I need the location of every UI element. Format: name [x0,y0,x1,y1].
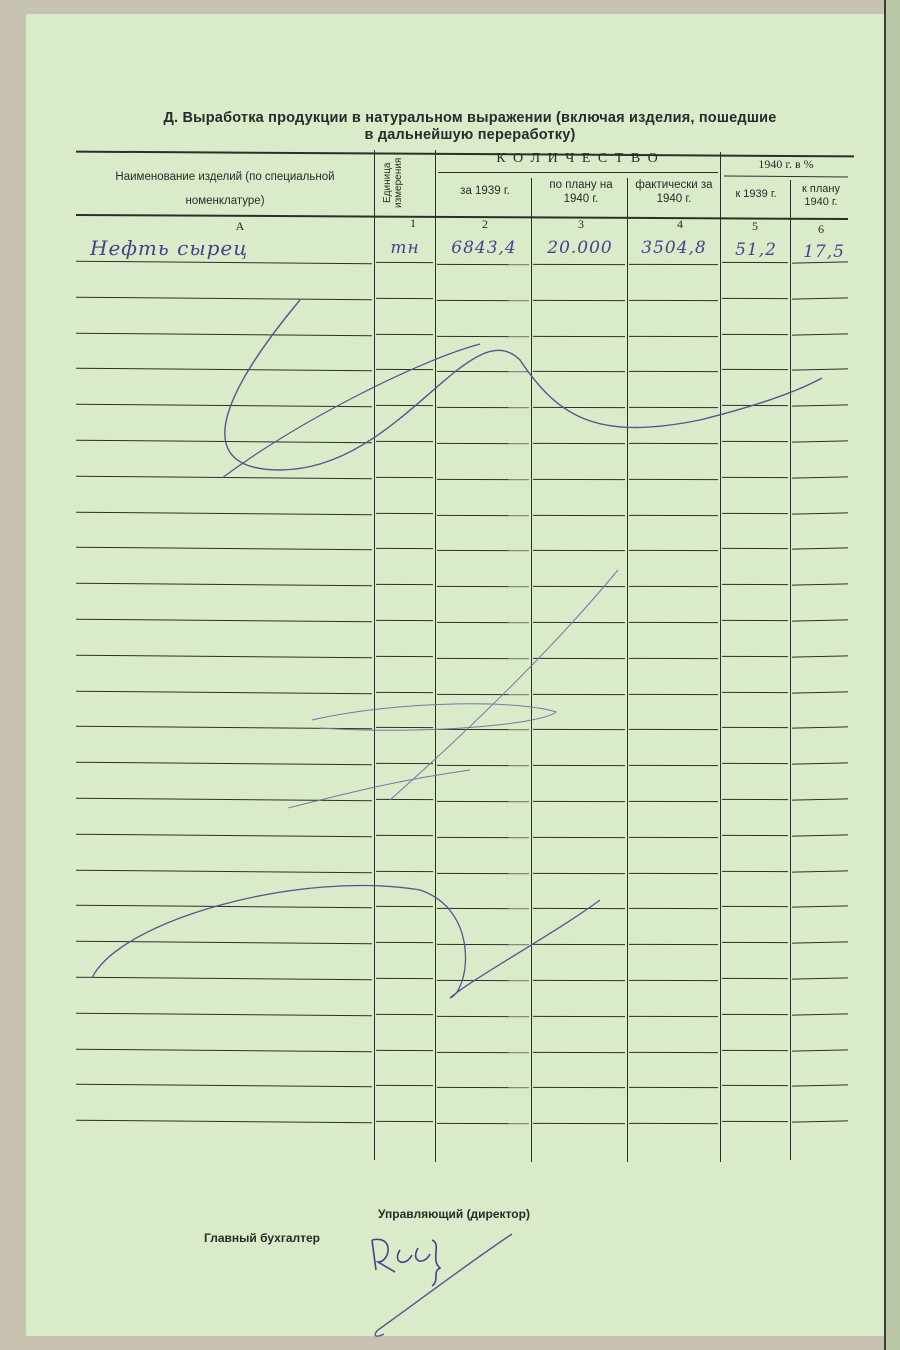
col-rule-unit [374,150,375,1160]
col-rule-pctplan [790,180,791,1160]
header-name: Наименование изделий (по специальной ном… [90,165,360,213]
col-rule-plan [531,178,532,1162]
row-rule [629,514,718,515]
form-title-line-2: в дальнейшую переработку) [90,127,850,144]
row-rule [722,441,788,442]
row-rule [722,1014,788,1015]
row-rule [722,477,788,478]
row-rule [376,656,433,657]
row-rule [722,333,788,334]
row-rule [629,479,718,480]
row-rule [629,1016,718,1017]
col-index-1: 1 [398,216,428,231]
col-index-6: 6 [806,222,836,237]
row-rule [437,837,529,838]
row-rule [376,799,433,800]
row-rule [437,300,529,301]
cell-plan-1940: 20.000 [534,238,626,258]
row-rule [722,656,788,657]
director-label: Управляющий (директор) [378,1207,530,1221]
header-plan-1940: по плану на 1940 г. [537,178,625,206]
row-rule [376,978,433,979]
quantity-subheader-rule [438,172,718,173]
row-rule [376,262,433,263]
row-rule [533,514,625,515]
row-rule [376,477,433,478]
row-rule [533,693,625,694]
header-percent-group: 1940 г. в % [724,157,848,171]
row-rule [376,620,433,621]
row-rule [533,300,625,301]
header-quantity-group: К О Л И Ч Е С Т В О [440,152,716,166]
row-rule [629,658,718,659]
row-rule [376,333,433,334]
row-rule [533,479,625,480]
row-rule [629,335,718,336]
row-rule [437,872,529,873]
cell-pct-1939: 51,2 [724,240,788,260]
row-rule [533,837,625,838]
header-qty-1939: за 1939 г. [440,184,530,198]
cell-qty-1939: 6843,4 [438,238,530,258]
row-rule [629,837,718,838]
row-rule [722,620,788,621]
row-rule [533,658,625,659]
row-rule [376,870,433,871]
row-rule [722,870,788,871]
row-rule [376,512,433,513]
row-rule [376,835,433,836]
chief-accountant-label: Главный бухгалтер [204,1231,320,1245]
cell-pct-plan: 17,5 [794,242,854,262]
form-title: Д. Выработка продукции в натуральном выр… [90,110,850,144]
row-rule [722,978,788,979]
row-rule [722,835,788,836]
row-rule [722,262,788,263]
col-rule-pct1939 [720,152,721,1162]
row-rule [437,479,529,480]
col-index-3: 3 [566,217,596,232]
col-index-a: А [200,219,280,234]
row-rule [437,1051,529,1052]
col-rule-1939 [435,150,436,1162]
row-rule [437,335,529,336]
binding-spine [884,0,900,1350]
row-rule [437,658,529,659]
cell-product-name: Нефть сырец [90,236,340,260]
row-rule [533,335,625,336]
cell-actual-1940: 3504,8 [630,238,718,258]
form-title-line-1: Д. Выработка продукции в натуральном выр… [90,110,850,127]
row-rule [629,872,718,873]
row-rule [722,691,788,692]
header-actual-1940: фактически за 1940 г. [630,178,718,206]
row-rule [437,514,529,515]
row-rule [437,693,529,694]
row-rule [376,691,433,692]
row-rule [722,799,788,800]
row-rule [376,1049,433,1050]
col-index-5: 5 [740,219,770,234]
row-rule [437,1016,529,1017]
row-rule [722,1049,788,1050]
header-pct-plan: к плану 1940 г. [792,183,850,209]
row-rule [722,298,788,299]
row-rule [376,1014,433,1015]
row-rule [629,1051,718,1052]
row-rule [629,300,718,301]
row-rule [533,1051,625,1052]
cell-unit: тн [378,238,432,258]
row-rule [376,441,433,442]
row-rule [533,872,625,873]
row-rule [722,512,788,513]
col-index-2: 2 [470,217,500,232]
header-unit: Единица измерения [382,152,430,214]
header-pct-1939: к 1939 г. [722,187,790,201]
col-rule-actual [627,178,628,1162]
row-rule [629,693,718,694]
col-index-4: 4 [665,217,695,232]
row-rule [376,298,433,299]
row-rule [533,1016,625,1017]
